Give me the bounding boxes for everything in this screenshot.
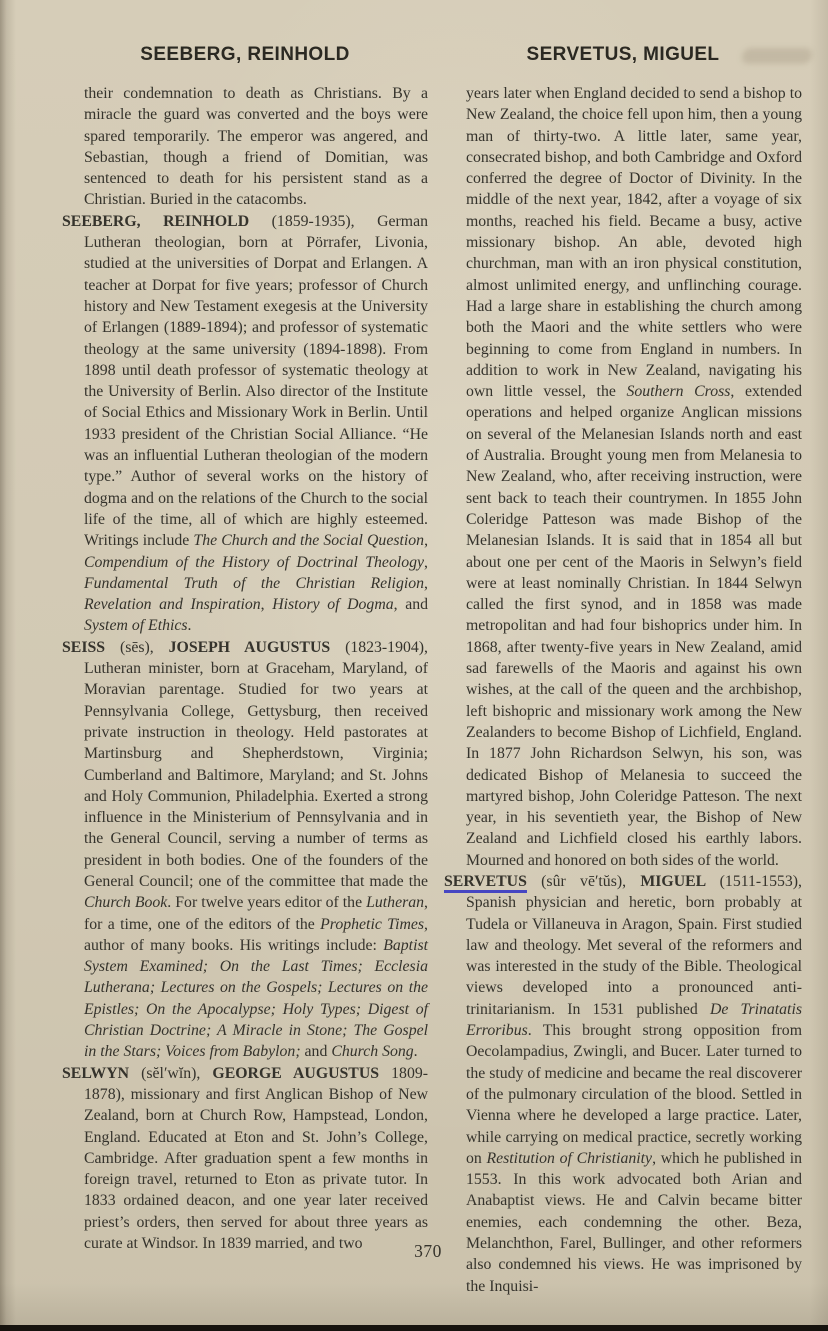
body-text: (sēs), — [120, 639, 169, 656]
page-bottom-shade — [0, 1283, 828, 1325]
title-italic: Prophetic Times — [320, 916, 424, 933]
entry-headword: SEEBERG, REINHOLD — [62, 213, 272, 230]
body-text: . — [414, 1043, 418, 1060]
body-text: (sûr vē′tŭs), — [527, 873, 641, 890]
page-right-shade — [810, 0, 828, 1331]
body-text: , which he published in 1553. In this wo… — [466, 1150, 802, 1295]
right-column: SERVETUS, MIGUEL years later when Englan… — [444, 44, 802, 1297]
continuation-paragraph: years later when England decided to send… — [444, 83, 802, 871]
entry-headword: MIGUEL — [640, 873, 719, 890]
page-content: SEEBERG, REINHOLD their condemnation to … — [62, 44, 802, 1297]
body-text: , — [424, 532, 428, 549]
title-italic: Church Book — [84, 894, 167, 911]
title-italic: Southern Cross — [626, 383, 730, 400]
entry-paragraph: SERVETUS (sûr vē′tŭs), MIGUEL (1511-1553… — [444, 871, 802, 1297]
body-text: (1823-1904), Lutheran minister, born at … — [84, 639, 428, 890]
body-text: . — [188, 617, 192, 634]
running-head-right: SERVETUS, MIGUEL — [444, 44, 802, 66]
entry-headword: GEORGE AUGUSTUS — [212, 1065, 391, 1082]
right-column-text: years later when England decided to send… — [444, 83, 802, 1297]
title-italic: Church Song — [331, 1043, 413, 1060]
scan-edge-bar — [0, 1325, 828, 1331]
title-italic: Revelation and Inspiration — [84, 596, 261, 613]
left-column-text: their condemnation to death as Christian… — [62, 83, 428, 1254]
body-text: (sĕl′wĭn), — [141, 1065, 212, 1082]
title-italic: System of Ethics — [84, 617, 188, 634]
entry-headword: SEISS — [62, 639, 120, 656]
title-italic: Baptist System Examined; On the Last Tim… — [84, 937, 428, 1060]
title-italic: History of Dogma — [272, 596, 393, 613]
page-number: 370 — [0, 1241, 828, 1262]
body-text: their condemnation to death as Christian… — [84, 85, 428, 208]
entry-headword: SELWYN — [62, 1065, 141, 1082]
left-column: SEEBERG, REINHOLD their condemnation to … — [62, 44, 428, 1297]
body-text: . For twelve years editor of the — [167, 894, 366, 911]
title-italic: Restitution of Christianity — [486, 1150, 652, 1167]
body-text: , extended operations and helped organiz… — [466, 383, 802, 869]
body-text: years later when England decided to send… — [466, 85, 802, 400]
page-gutter-shadow — [0, 0, 16, 1331]
running-head-left: SEEBERG, REINHOLD — [62, 44, 428, 66]
body-text: (1511-1553), Spanish physician and heret… — [466, 873, 802, 1018]
body-text: 1809-1878), missionary and first Anglica… — [84, 1065, 428, 1252]
body-text: , — [261, 596, 273, 613]
entry-paragraph: SEEBERG, REINHOLD (1859-1935), German Lu… — [62, 211, 428, 637]
book-page-photo: { "page": { "left_header": "SEEBERG, REI… — [0, 0, 828, 1331]
title-italic: Lutheran — [366, 894, 424, 911]
body-text: and — [301, 1043, 332, 1060]
body-text: , — [424, 575, 428, 592]
body-text: , — [424, 554, 428, 571]
continuation-paragraph: their condemnation to death as Christian… — [62, 83, 428, 211]
title-italic: The Church and the Social Question — [193, 532, 424, 549]
title-italic: Fundamental Truth of the Christian Relig… — [84, 575, 424, 592]
body-text: . This brought strong opposition from Oe… — [466, 1022, 802, 1167]
entry-paragraph: SEISS (sēs), JOSEPH AUGUSTUS (1823-1904)… — [62, 637, 428, 1063]
entry-paragraph: SELWYN (sĕl′wĭn), GEORGE AUGUSTUS 1809-1… — [62, 1063, 428, 1255]
body-text: , and — [394, 596, 428, 613]
entry-headword: JOSEPH AUGUSTUS — [169, 639, 345, 656]
entry-headword-underlined: SERVETUS — [444, 873, 527, 893]
title-italic: Compendium of the History of Doctrinal T… — [84, 554, 424, 571]
body-text: (1859-1935), German Lutheran theologian,… — [84, 213, 428, 549]
